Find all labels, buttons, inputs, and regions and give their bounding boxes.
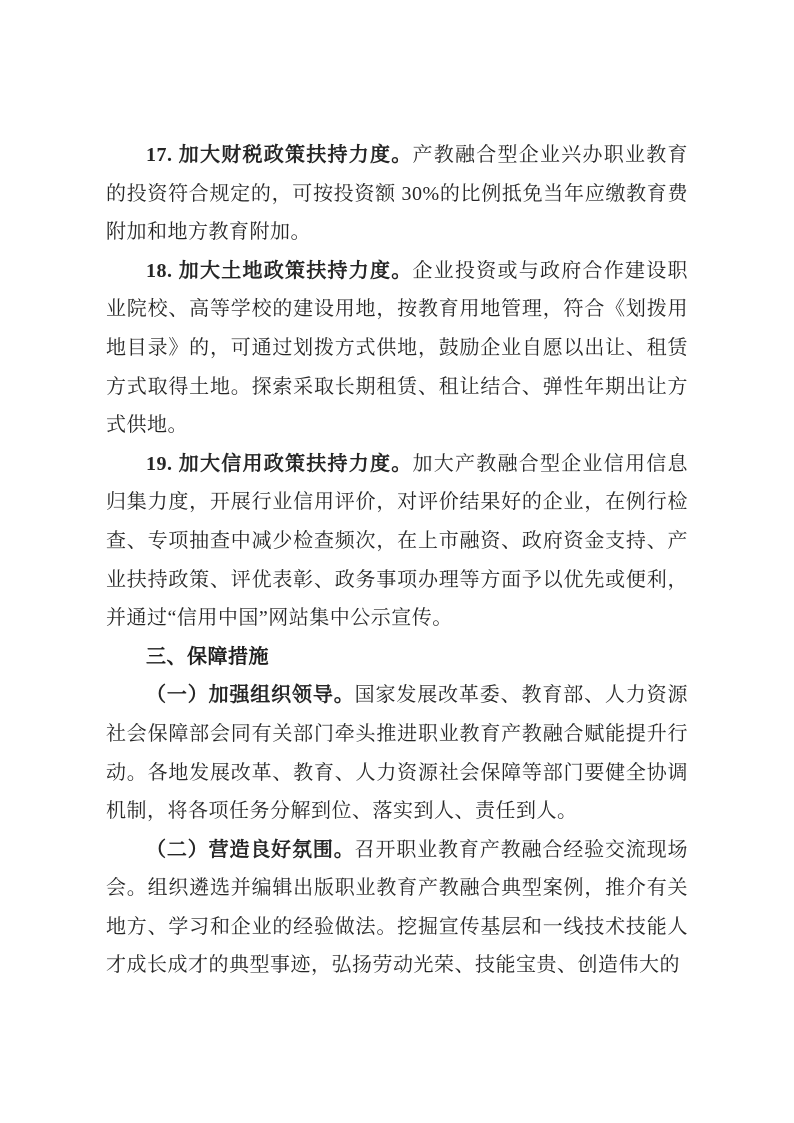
paragraph-18-lead: 18. 加大土地政策扶持力度。 — [146, 260, 413, 282]
paragraph-sub-2-lead: （二）营造良好氛围。 — [146, 839, 355, 861]
paragraph-18-text: 企业投资或与政府合作建设职业院校、高等学校的建设用地，按教育用地管理，符合《划拨… — [106, 260, 688, 436]
paragraph-19-lead: 19. 加大信用政策扶持力度。 — [146, 453, 413, 475]
paragraph-sub-1-lead: （一）加强组织领导。 — [146, 684, 355, 706]
paragraph-17: 17. 加大财税政策扶持力度。产教融合型企业兴办职业教育的投资符合规定的，可按投… — [106, 136, 688, 252]
section-heading-safeguard-measures: 三、保障措施 — [106, 638, 688, 677]
paragraph-19-text: 加大产教融合型企业信用信息归集力度，开展行业信用评价，对评价结果好的企业，在例行… — [106, 453, 688, 629]
paragraph-17-lead: 17. 加大财税政策扶持力度。 — [146, 144, 413, 166]
document-body: 17. 加大财税政策扶持力度。产教融合型企业兴办职业教育的投资符合规定的，可按投… — [106, 136, 688, 985]
document-page: 17. 加大财税政策扶持力度。产教融合型企业兴办职业教育的投资符合规定的，可按投… — [0, 0, 794, 1123]
paragraph-18: 18. 加大土地政策扶持力度。企业投资或与政府合作建设职业院校、高等学校的建设用… — [106, 252, 688, 445]
paragraph-sub-1: （一）加强组织领导。国家发展改革委、教育部、人力资源社会保障部会同有关部门牵头推… — [106, 676, 688, 830]
paragraph-19: 19. 加大信用政策扶持力度。加大产教融合型企业信用信息归集力度，开展行业信用评… — [106, 445, 688, 638]
paragraph-sub-2: （二）营造良好氛围。召开职业教育产教融合经验交流现场会。组织遴选并编辑出版职业教… — [106, 831, 688, 985]
